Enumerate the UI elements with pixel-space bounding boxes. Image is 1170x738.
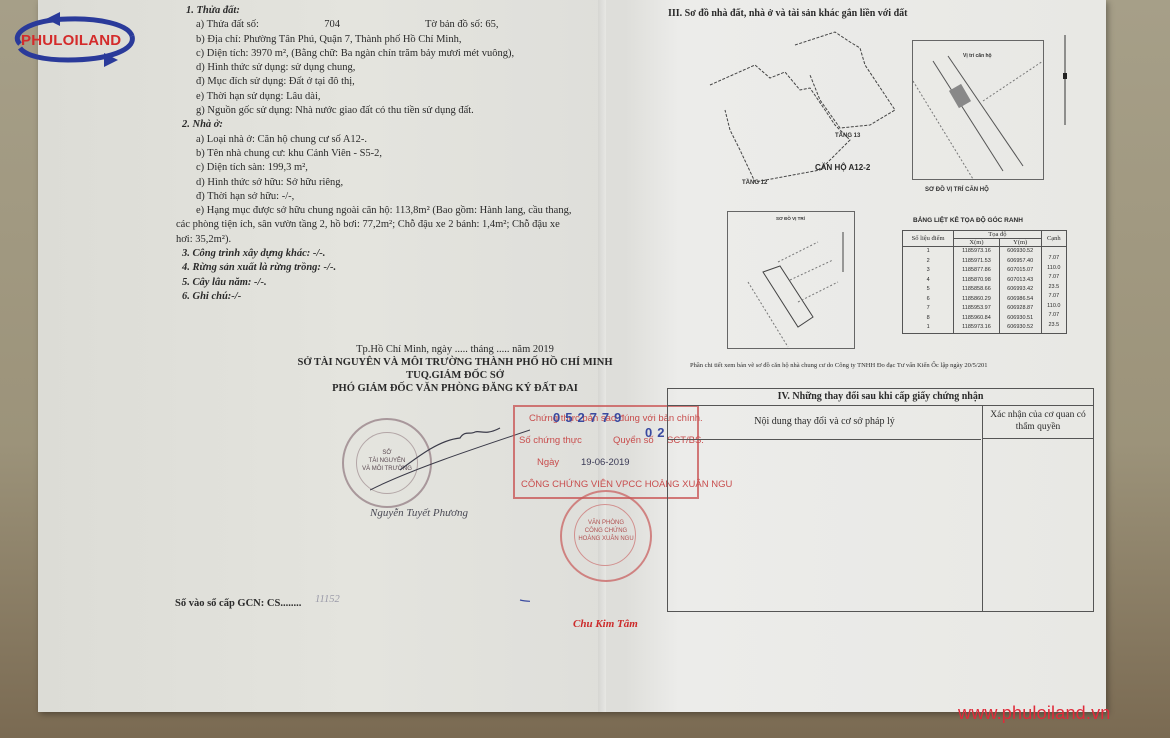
land-use-term: e) Thời hạn sử dụng: Lâu dài, xyxy=(182,90,571,104)
land-heading: 1. Thửa đất: xyxy=(186,4,571,18)
certification-label: Số chứng thực xyxy=(519,435,582,446)
land-use-form: d) Hình thức sử dụng: sử dụng chung, xyxy=(182,61,571,75)
house-type: a) Loại nhà ở: Căn hộ chung cư số A12-. xyxy=(182,133,571,147)
diagram-heading: III. Sơ đồ nhà đất, nhà ở và tài sản khá… xyxy=(668,8,907,19)
coord-cell: 5 xyxy=(905,285,951,295)
coord-cell: 606957.40 xyxy=(1002,257,1039,267)
certification-number: 052779 xyxy=(553,410,626,425)
diagram-footnote: Phần chi tiết xem bản vẽ sơ đồ căn hộ nh… xyxy=(690,362,987,369)
coord-cell: 606928.87 xyxy=(1002,304,1039,314)
notary-signer-name: Chu Kim Tâm xyxy=(573,618,638,630)
site-map-label: SƠ ĐỒ VỊ TRÍ xyxy=(776,216,805,221)
coord-cell: 7.07 xyxy=(1044,254,1064,264)
logo-text: PHULOILAND xyxy=(21,32,121,49)
signing-block: Tp.Hồ Chí Minh, ngày ..... tháng ..... n… xyxy=(265,343,645,395)
edge-header: Cạnh xyxy=(1041,231,1066,247)
website-watermark: www.phuloiland.vn xyxy=(958,703,1111,724)
shared-items-line2: các phòng tiện ích, sân vườn tầng 2, hồ … xyxy=(176,218,571,232)
floor-13-label: TẦNG 13 xyxy=(835,133,860,139)
coord-cell: 23.5 xyxy=(1044,283,1064,293)
changes-heading: IV. Những thay đổi sau khi cấp giấy chứn… xyxy=(668,389,1093,406)
signer-title: PHÓ GIÁM ĐỐC VĂN PHÒNG ĐĂNG KÝ ĐẤT ĐAI xyxy=(265,382,645,395)
land-house-details: 1. Thửa đất: a) Thửa đất số: 704 Tờ bản … xyxy=(182,4,571,304)
x-header: X(m) xyxy=(954,239,1000,247)
coord-cell: 1185858.66 xyxy=(956,285,997,295)
parcel-number: 704 xyxy=(324,19,340,30)
land-use-purpose: đ) Mục đích sử dụng: Đất ở tại đô thị, xyxy=(182,75,571,89)
coord-cell: 1 xyxy=(905,247,951,257)
land-parcel-line: a) Thửa đất số: 704 Tờ bản đồ số: 65, xyxy=(182,18,571,32)
signing-date: Tp.Hồ Chí Minh, ngày ..... tháng ..... n… xyxy=(265,343,645,356)
land-area: c) Diện tích: 3970 m², (Bằng chữ: Ba ngà… xyxy=(182,47,571,61)
notary-seal-1: VĂN PHÒNG xyxy=(562,520,650,526)
issuing-authority: SỞ TÀI NGUYÊN VÀ MÔI TRƯỜNG THÀNH PHỐ HỒ… xyxy=(265,356,645,369)
registry-value: 11152 xyxy=(315,594,340,605)
coord-cell: 4 xyxy=(905,276,951,286)
land-use-origin: g) Nguồn gốc sử dụng: Nhà nước giao đất … xyxy=(182,104,571,118)
coord-cell: 1185960.84 xyxy=(956,314,997,324)
perennial-trees: 5. Cây lâu năm: -/-. xyxy=(182,276,571,290)
coord-cell: 1185870.98 xyxy=(956,276,997,286)
coord-cell: 8 xyxy=(905,314,951,324)
coord-cell: 1185973.16 xyxy=(956,323,997,333)
point-column: 123456781 xyxy=(903,247,954,334)
y-column: 606930.52606957.40607015.07607013.436069… xyxy=(999,247,1041,334)
coord-cell: 607015.07 xyxy=(1002,266,1039,276)
on-behalf-of: TUQ.GIÁM ĐỐC SỞ xyxy=(265,369,645,382)
building-name: b) Tên nhà chung cư: khu Cảnh Viên - S5-… xyxy=(182,147,571,161)
registry-number: Số vào sổ cấp GCN: CS........ 11152 xyxy=(175,598,301,609)
parcel-label: a) Thửa đất số: xyxy=(196,19,259,30)
north-arrow-icon xyxy=(1060,35,1070,125)
date-value: 19-06-2019 xyxy=(581,457,630,468)
coord-cell: 606930.51 xyxy=(1002,314,1039,324)
changes-confirmation-header: Xác nhận của cơ quan có thẩm quyền xyxy=(982,405,1093,439)
department-signer-name: Nguyễn Tuyết Phương xyxy=(370,507,468,519)
coord-cell: 1185860.29 xyxy=(956,295,997,305)
coord-cell: 3 xyxy=(905,266,951,276)
y-header: Y(m) xyxy=(999,239,1041,247)
site-map: SƠ ĐỒ VỊ TRÍ xyxy=(727,211,855,349)
other-construction: 3. Công trình xây dựng khác: -/-. xyxy=(182,247,571,261)
site-map-drawing xyxy=(728,212,854,348)
land-address: b) Địa chỉ: Phường Tân Phú, Quận 7, Thàn… xyxy=(182,33,571,47)
house-heading: 2. Nhà ở: xyxy=(182,118,571,132)
coord-cell: 7.07 xyxy=(1044,311,1064,321)
unit-label: CĂN HỘ A12-2 xyxy=(815,163,870,172)
ownership-form: d) Hình thức sở hữu: Sở hữu riêng, xyxy=(182,176,571,190)
map-sheet-number: Tờ bản đồ số: 65, xyxy=(425,19,499,30)
column-divider xyxy=(982,439,983,611)
coord-table-title: BẢNG LIỆT KÊ TỌA ĐỘ GÓC RANH xyxy=(913,217,1023,224)
ownership-term: đ) Thời hạn sở hữu: -/-, xyxy=(182,190,571,204)
production-forest: 4. Rừng sản xuất là rừng trồng: -/-. xyxy=(182,261,571,275)
changes-content-header: Nội dung thay đổi và cơ sở pháp lý xyxy=(668,405,981,440)
coord-cell: 6 xyxy=(905,295,951,305)
floor-area: c) Diện tích sàn: 199,3 m², xyxy=(182,161,571,175)
coord-cell: 2 xyxy=(905,257,951,267)
coord-cell: 606930.52 xyxy=(1002,323,1039,333)
coord-cell: 1 xyxy=(905,323,951,333)
coord-cell: 1185953.97 xyxy=(956,304,997,314)
shared-items-line1: e) Hạng mục được sở hữu chung ngoài căn … xyxy=(182,204,571,218)
phuloiland-logo: PHULOILAND xyxy=(8,8,138,68)
coord-cell: 7 xyxy=(905,304,951,314)
coord-cell: 110.0 xyxy=(1044,302,1064,312)
notes: 6. Ghi chú:-/- xyxy=(182,290,571,304)
floor-12-label: TẦNG 12 xyxy=(742,180,767,186)
changes-table: IV. Những thay đổi sau khi cấp giấy chứn… xyxy=(667,388,1094,612)
coord-cell: 607013.43 xyxy=(1002,276,1039,286)
shared-items-line3: hơi: 35,2m²). xyxy=(176,233,571,247)
edge-column: 7.07110.07.0723.57.07110.07.0723.5 xyxy=(1041,247,1066,334)
notary-seal-2: CÔNG CHỨNG xyxy=(562,528,650,534)
coord-cell: 1185971.53 xyxy=(956,257,997,267)
coord-cell: 7.07 xyxy=(1044,273,1064,283)
coord-cell: 1185973.16 xyxy=(956,247,997,257)
coord-cell: 606986.54 xyxy=(1002,295,1039,305)
coord-cell: 110.0 xyxy=(1044,264,1064,274)
notary-seal-3: HOÀNG XUÂN NGU xyxy=(562,536,650,542)
unit-position-marker: Vị trí căn hộ xyxy=(963,53,992,59)
coord-cell: 7.07 xyxy=(1044,292,1064,302)
coord-cell: 606930.52 xyxy=(1002,247,1039,257)
coord-header: Tọa độ xyxy=(954,231,1041,239)
notary-round-seal: VĂN PHÒNG CÔNG CHỨNG HOÀNG XUÂN NGU xyxy=(560,490,652,582)
location-map: Vị trí căn hộ xyxy=(912,40,1044,180)
boundary-coordinates-table: Số liệu điểm Tọa độ Cạnh X(m) Y(m) 12345… xyxy=(902,230,1067,334)
coord-cell: 23.5 xyxy=(1044,321,1064,331)
x-column: 1185973.161185971.531185877.861185870.98… xyxy=(954,247,1000,334)
coord-cell: 1185877.86 xyxy=(956,266,997,276)
book-number: 02 xyxy=(645,425,669,440)
date-label: Ngày xyxy=(537,457,559,468)
site-layout-drawing xyxy=(913,41,1043,179)
point-header: Số liệu điểm xyxy=(903,231,954,247)
registry-label: Số vào sổ cấp GCN: CS xyxy=(175,598,280,609)
coord-cell: 606993.42 xyxy=(1002,285,1039,295)
location-map-label: SƠ ĐỒ VỊ TRÍ CĂN HỘ xyxy=(925,187,989,193)
